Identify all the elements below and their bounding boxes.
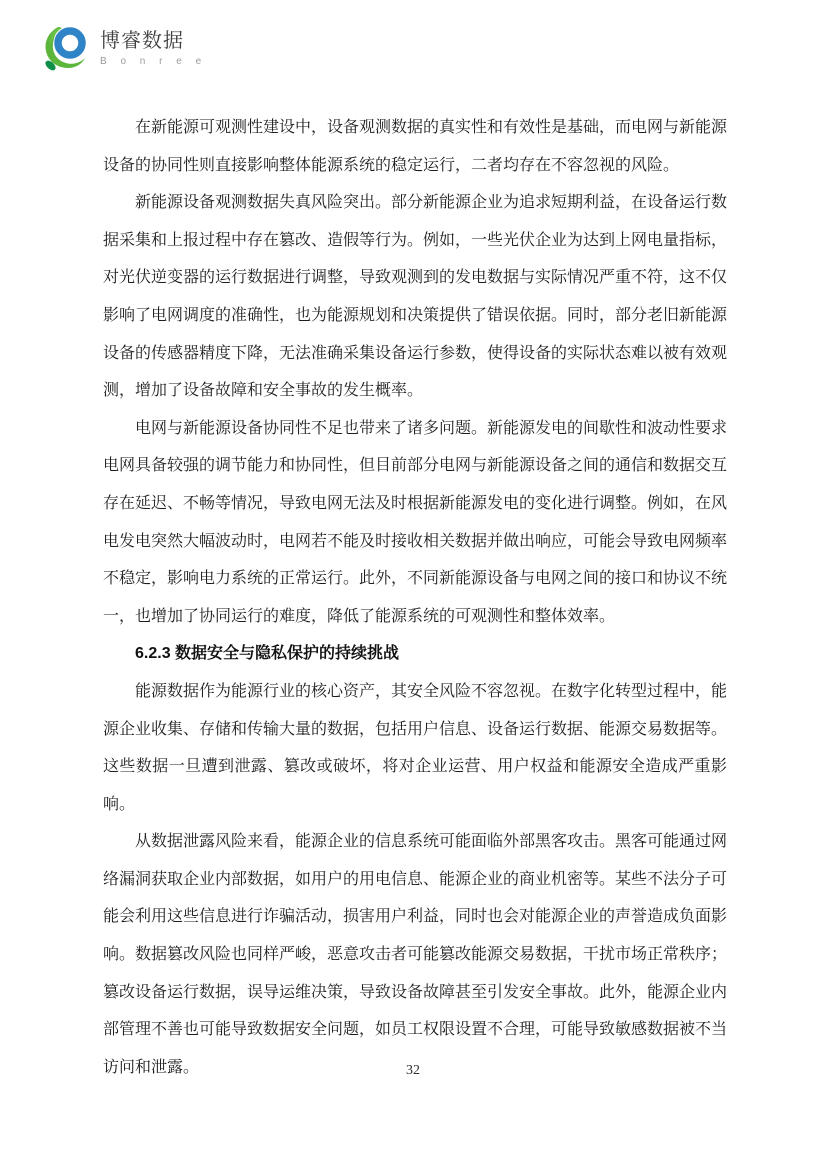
logo-text: 博睿数据 B o n r e e <box>100 29 207 68</box>
body-paragraph: 电网与新能源设备协同性不足也带来了诸多问题。新能源发电的间歇性和波动性要求电网具… <box>103 410 727 636</box>
document-page: 博睿数据 B o n r e e 在新能源可观测性建设中，设备观测数据的真实性和… <box>0 0 826 1169</box>
logo-name-cn: 博睿数据 <box>100 29 207 53</box>
body-paragraph: 能源数据作为能源行业的核心资产，其安全风险不容忽视。在数字化转型过程中，能源企业… <box>103 673 727 823</box>
bonree-logo: 博睿数据 B o n r e e <box>44 24 207 72</box>
section-heading: 6.2.3 数据安全与隐私保护的持续挑战 <box>103 635 727 673</box>
page-number: 32 <box>0 1063 826 1079</box>
body-paragraph: 从数据泄露风险来看，能源企业的信息系统可能面临外部黑客攻击。黑客可能通过网络漏洞… <box>103 823 727 1086</box>
logo-name-en: B o n r e e <box>100 56 207 68</box>
body-paragraph: 新能源设备观测数据失真风险突出。部分新能源企业为追求短期利益，在设备运行数据采集… <box>103 184 727 410</box>
body-paragraph: 在新能源可观测性建设中，设备观测数据的真实性和有效性是基础，而电网与新能源设备的… <box>103 109 727 184</box>
logo-blue-ring <box>58 31 82 55</box>
bonree-logo-icon <box>44 24 88 72</box>
document-content: 在新能源可观测性建设中，设备观测数据的真实性和有效性是基础，而电网与新能源设备的… <box>103 109 727 1086</box>
